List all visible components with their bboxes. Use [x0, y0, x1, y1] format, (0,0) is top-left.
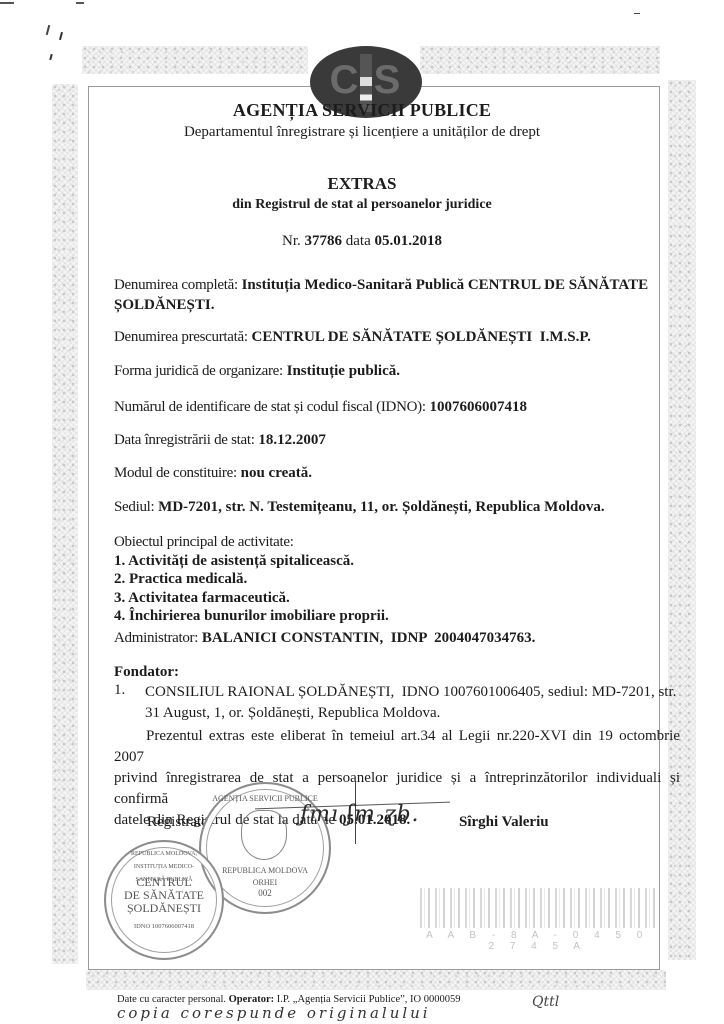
- field-seat: Sediul: MD-7201, str. N. Testemițeanu, 1…: [114, 497, 605, 517]
- field-full-name: Denumirea completă: Instituția Medico-Sa…: [114, 275, 674, 315]
- handwritten-initials: Qttl: [532, 994, 559, 1010]
- nr-label: Nr.: [282, 233, 301, 249]
- activity-item: 1. Activități de asistență spitalicească…: [114, 552, 389, 571]
- agency-stamp-emblem-icon: [241, 810, 287, 860]
- registrar-name: Sîrghi Valeriu: [459, 814, 549, 831]
- short-name-value: CENTRUL DE SĂNĂTATE ȘOLDĂNEȘTI I.M.S.P.: [252, 329, 591, 345]
- field-legal-form: Forma juridică de organizare: Instituție…: [114, 361, 400, 381]
- seat-label: Sediul:: [114, 499, 154, 515]
- date-value: 05.01.2018: [374, 233, 442, 249]
- scan-mark: [59, 32, 63, 40]
- constitution-mode-value: nou creată.: [241, 465, 312, 481]
- scan-mark: [0, 2, 14, 4]
- institution-stamp: REPUBLICA MOLDOVA, INSTITUȚIA MEDICO-SAN…: [104, 840, 224, 960]
- constitution-mode-label: Modul de constituire:: [114, 465, 237, 481]
- scan-mark: [634, 13, 640, 14]
- founder-details: CONSILIUL RAIONAL ȘOLDĂNEȘTI, IDNO 10076…: [145, 682, 675, 724]
- document-number-line: Nr. 37786 data 05.01.2018: [0, 233, 724, 250]
- legal-line-1: Prezentul extras este eliberat în temeiu…: [114, 726, 680, 768]
- border-top-left: [82, 46, 308, 74]
- field-registration-date: Data înregistrării de stat: 18.12.2007: [114, 430, 326, 450]
- full-name-value-2: ȘOLDĂNEȘTI.: [114, 297, 214, 313]
- idno-label: Numărul de identificare de stat și codul…: [114, 399, 426, 415]
- institution-stamp-idno: IDNO 1007606007418: [106, 920, 222, 933]
- border-top-right: [420, 46, 660, 74]
- registration-date-label: Data înregistrării de stat:: [114, 432, 255, 448]
- idno-value: 1007606007418: [429, 399, 527, 415]
- barcode-digits: A A B - 8 A - 0 4 5 0 2 7 4 5 A: [420, 930, 655, 952]
- legal-form-value: Instituție publică.: [287, 363, 400, 379]
- field-short-name: Denumirea prescurtată: CENTRUL DE SĂNĂTA…: [114, 327, 591, 347]
- border-left: [52, 84, 78, 964]
- field-activities: Obiectul principal de activitate: 1. Act…: [114, 533, 389, 626]
- founder-number: 1.: [114, 682, 125, 699]
- scan-mark: [76, 2, 84, 4]
- full-name-value-1: Instituția Medico-Sanitară Publică CENTR…: [242, 277, 649, 293]
- activity-item: 2. Practica medicală.: [114, 570, 389, 589]
- field-administrator: Administrator: BALANICI CONSTANTIN, IDNP…: [114, 628, 535, 648]
- handwritten-certification: copia corespunde originalului: [117, 1004, 431, 1022]
- institution-stamp-line-3: ȘOLDĂNEȘTI: [106, 902, 222, 915]
- founder-label: Fondator:: [114, 662, 179, 682]
- document-subtitle: din Registrul de stat al persoanelor jur…: [0, 197, 724, 213]
- activity-item: 4. Închirierea bunurilor imobiliare prop…: [114, 607, 389, 626]
- seat-value: MD-7201, str. N. Testemițeanu, 11, or. Ș…: [158, 499, 604, 515]
- field-idno: Numărul de identificare de stat și codul…: [114, 397, 527, 417]
- legal-form-label: Forma juridică de organizare:: [114, 363, 283, 379]
- scan-mark: [46, 25, 51, 35]
- activities-label: Obiectul principal de activitate:: [114, 533, 389, 552]
- border-bottom: [86, 970, 666, 990]
- founder-line-1: CONSILIUL RAIONAL ȘOLDĂNEȘTI, IDNO 10076…: [145, 682, 675, 703]
- field-constitution-mode: Modul de constituire: nou creată.: [114, 463, 312, 483]
- full-name-label: Denumirea completă:: [114, 277, 238, 293]
- activity-item: 3. Activitatea farmaceutică.: [114, 589, 389, 608]
- inner-frame: [88, 86, 660, 970]
- department-name: Departamentul înregistrare și licențiere…: [0, 124, 724, 141]
- scan-mark: [49, 54, 52, 60]
- registration-date-value: 18.12.2007: [258, 432, 326, 448]
- document-title: EXTRAS: [0, 174, 724, 194]
- short-name-label: Denumirea prescurtată:: [114, 329, 248, 345]
- administrator-label: Administrator:: [114, 630, 198, 646]
- registrar-signature: ƒmı ʃm ɀb.: [300, 802, 420, 827]
- administrator-value: BALANICI CONSTANTIN, IDNP 2004047034763.: [202, 630, 536, 646]
- founder-line-2: 31 August, 1, or. Șoldănești, Republica …: [145, 703, 675, 724]
- agency-name: AGENȚIA SERVICII PUBLICE: [0, 100, 724, 121]
- nr-value: 37786: [305, 233, 343, 249]
- date-label: data: [346, 233, 371, 249]
- barcode: [420, 888, 655, 928]
